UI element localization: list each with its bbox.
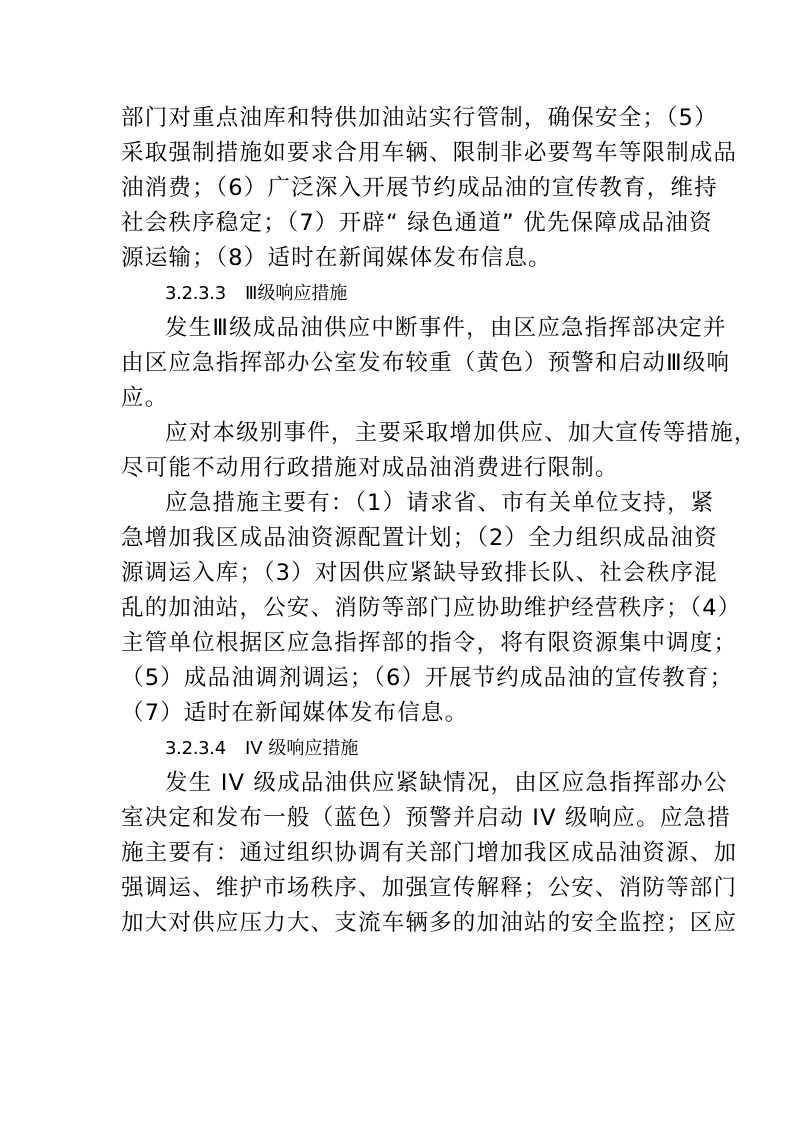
- text-line: 采取强制措施如要求合用车辆、限制非必要驾车等限制成品: [121, 136, 673, 171]
- text-line: 施主要有：通过组织协调有关部门增加我区成品油资源、加: [121, 836, 673, 871]
- text-line: 发生Ⅲ级成品油供应中断事件，由区应急指挥部决定并: [121, 311, 673, 346]
- section-heading-3-2-3-3: 3.2.3.3Ⅲ级响应措施: [121, 276, 673, 311]
- text-line: 应。: [121, 381, 673, 416]
- text-line: 源运输；（8）适时在新闻媒体发布信息。: [121, 241, 673, 276]
- text-line: 油消费；（6）广泛深入开展节约成品油的宣传教育，维持: [121, 171, 673, 206]
- text-line: 加大对供应压力大、支流车辆多的加油站的安全监控；区应: [121, 906, 673, 941]
- text-line: 主管单位根据区应急指挥部的指令，将有限资源集中调度；: [121, 626, 673, 661]
- paragraph-level4-measures: 发生 IV 级成品油供应紧缺情况，由区应急指挥部办公 室决定和发布一般（蓝色）预…: [121, 766, 673, 941]
- paragraph-continuation: 部门对重点油库和特供加油站实行管制，确保安全；（5） 采取强制措施如要求合用车辆…: [121, 101, 673, 276]
- text-line: （5）成品油调剂调运；（6）开展节约成品油的宣传教育；: [121, 661, 673, 696]
- text-line: 源调运入库；（3）对因供应紧缺导致排长队、社会秩序混: [121, 556, 673, 591]
- section-title: Ⅲ级响应措施: [245, 283, 347, 304]
- section-number: 3.2.3.3: [165, 276, 245, 311]
- text-line: 社会秩序稳定；（7）开辟“ 绿色通道” 优先保障成品油资: [121, 206, 673, 241]
- text-line: （7）适时在新闻媒体发布信息。: [121, 696, 673, 731]
- text-line: 由区应急指挥部办公室发布较重（黄色）预警和启动Ⅲ级响: [121, 346, 673, 381]
- section-heading-3-2-3-4: 3.2.3.4IV 级响应措施: [121, 731, 673, 766]
- text-line: 部门对重点油库和特供加油站实行管制，确保安全；（5）: [121, 101, 673, 136]
- text-line: 尽可能不动用行政措施对成品油消费进行限制。: [121, 451, 673, 486]
- text-line: 乱的加油站，公安、消防等部门应协助维护经营秩序；（4）: [121, 591, 673, 626]
- paragraph-level3-approach: 应对本级别事件，主要采取增加供应、加大宣传等措施， 尽可能不动用行政措施对成品油…: [121, 416, 673, 486]
- text-line: 急增加我区成品油资源配置计划；（2）全力组织成品油资: [121, 521, 673, 556]
- paragraph-level3-trigger: 发生Ⅲ级成品油供应中断事件，由区应急指挥部决定并 由区应急指挥部办公室发布较重（…: [121, 311, 673, 416]
- text-line: 发生 IV 级成品油供应紧缺情况，由区应急指挥部办公: [121, 766, 673, 801]
- text-line: 应急措施主要有：（1）请求省、市有关单位支持，紧: [121, 486, 673, 521]
- paragraph-level3-measures: 应急措施主要有：（1）请求省、市有关单位支持，紧 急增加我区成品油资源配置计划；…: [121, 486, 673, 731]
- text-line: 强调运、维护市场秩序、加强宣传解释；公安、消防等部门: [121, 871, 673, 906]
- document-page: 部门对重点油库和特供加油站实行管制，确保安全；（5） 采取强制措施如要求合用车辆…: [121, 101, 673, 941]
- section-title: IV 级响应措施: [245, 738, 358, 759]
- text-line: 室决定和发布一般（蓝色）预警并启动 IV 级响应。应急措: [121, 801, 673, 836]
- section-number: 3.2.3.4: [165, 731, 245, 766]
- text-line: 应对本级别事件，主要采取增加供应、加大宣传等措施，: [121, 416, 673, 451]
